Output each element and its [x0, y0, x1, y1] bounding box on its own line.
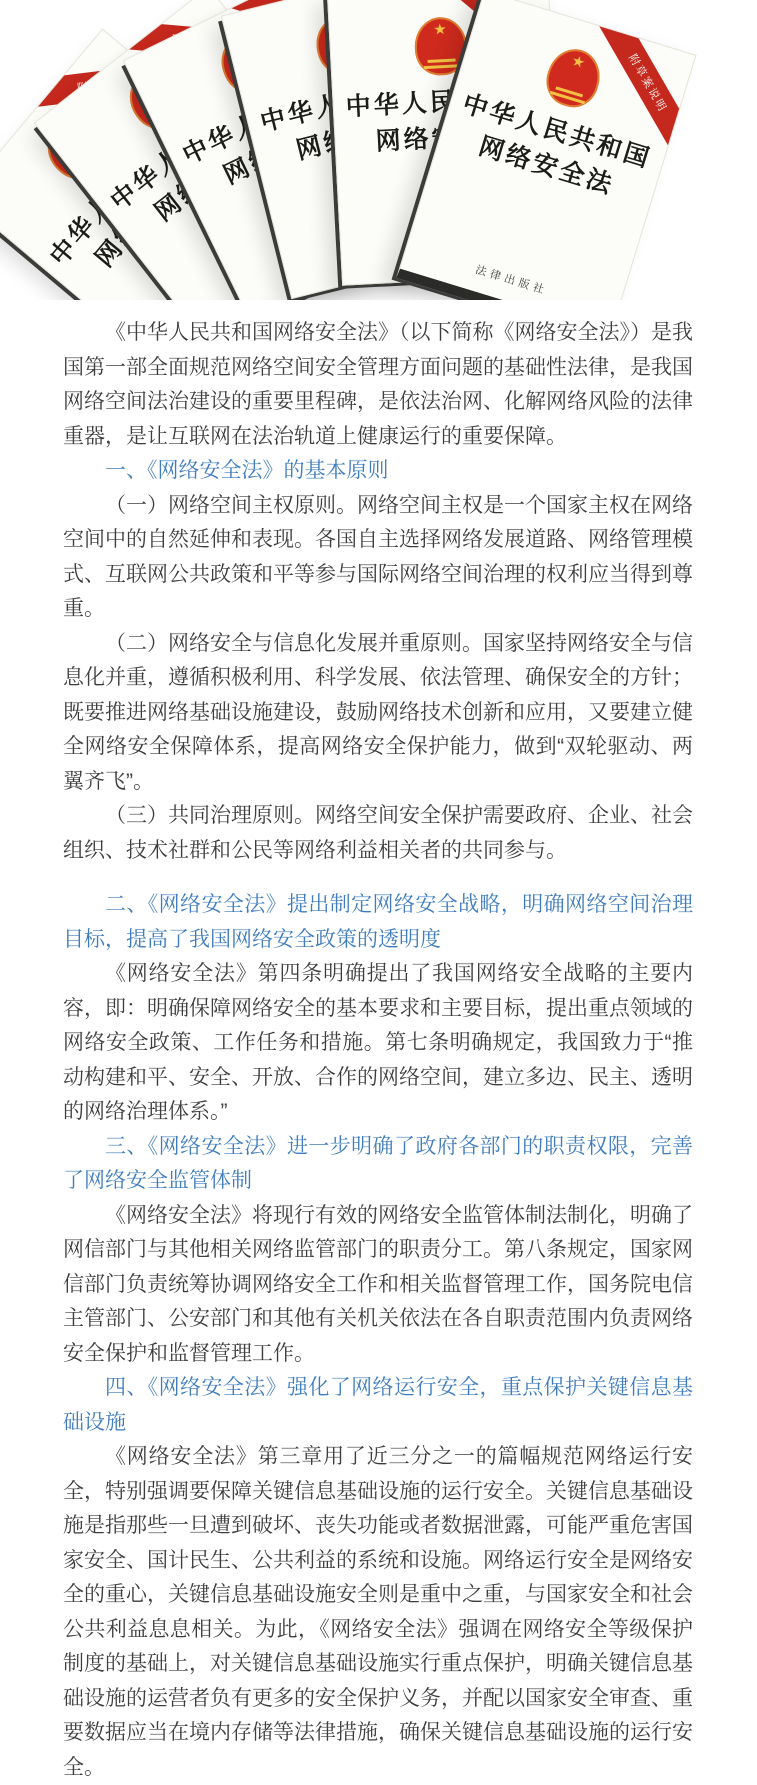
- publisher-name: 法律出版社: [404, 240, 619, 300]
- section-heading: 一、《网络安全法》的基本原则: [63, 454, 693, 489]
- book-fan: ★ 中华人民共和国 网络安全法 附草案说明 法律出版社 ★ 中华人民共和国 网络…: [99, 0, 659, 300]
- national-emblem-icon: ★: [540, 43, 607, 114]
- paragraph: 《中华人民共和国网络安全法》（以下简称《网络安全法》）是我国第一部全面规范网络空…: [63, 316, 693, 454]
- section-heading: 四、《网络安全法》强化了网络运行安全，重点保护关键信息基础设施: [63, 1371, 693, 1440]
- corner-ribbon-label: 附草案说明: [625, 52, 668, 114]
- article-body: 《中华人民共和国网络安全法》（以下简称《网络安全法》）是我国第一部全面规范网络空…: [0, 300, 757, 1785]
- star-icon: ★: [432, 22, 446, 38]
- paragraph: （一）网络空间主权原则。网络空间主权是一个国家主权在网络空间中的自然延伸和表现。…: [63, 489, 693, 627]
- section-heading: 三、《网络安全法》进一步明确了政府各部门的职责权限，完善了网络安全监管体制: [63, 1130, 693, 1199]
- book-title: 中华人民共和国 网络安全法: [435, 83, 666, 216]
- star-icon: ★: [569, 53, 586, 71]
- paragraph: 《网络安全法》第四条明确提出了我国网络安全战略的主要内容，即：明确保障网络安全的…: [63, 957, 693, 1130]
- paragraph: 《网络安全法》将现行有效的网络安全监管体制法制化，明确了网信部门与其他相关网络监…: [63, 1199, 693, 1372]
- paragraph: 《网络安全法》第三章用了近三分之一的篇幅规范网络运行安全，特别强调要保障关键信息…: [63, 1440, 693, 1785]
- paragraph: （二）网络安全与信息化发展并重原则。国家坚持网络安全与信息化并重，遵循积极利用、…: [63, 627, 693, 800]
- hero-image: ★ 中华人民共和国 网络安全法 附草案说明 法律出版社 ★ 中华人民共和国 网络…: [0, 0, 757, 300]
- section-heading: 二、《网络安全法》提出制定网络安全战略，明确网络空间治理目标，提高了我国网络安全…: [63, 888, 693, 957]
- paragraph: （三）共同治理原则。网络空间安全保护需要政府、企业、社会组织、技术社群和公民等网…: [63, 799, 693, 868]
